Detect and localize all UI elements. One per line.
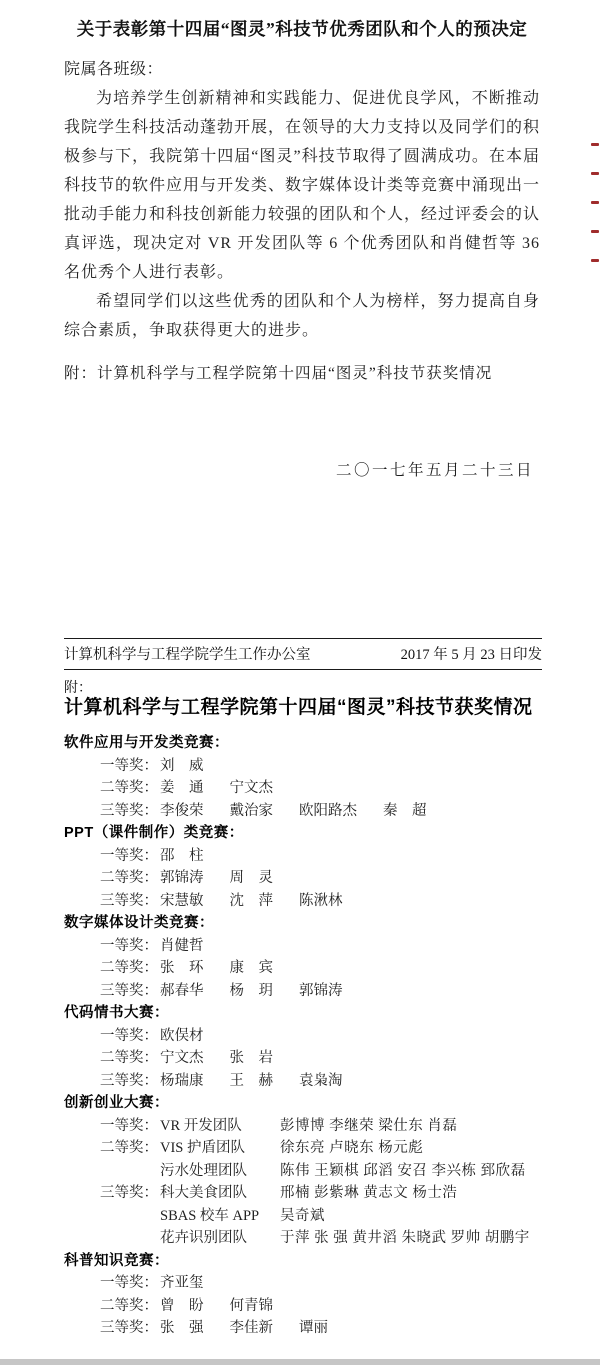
winner-name: 齐亚玺 [160, 1272, 204, 1295]
award-row: 二等奖：张 环康 宾 [64, 957, 550, 980]
award-row: 二等奖：曾 盼何青锦 [64, 1295, 550, 1318]
winner-name: 宋慧敏 [160, 890, 204, 913]
winner-name: 张 环 [160, 957, 204, 980]
team-name: VIS 护盾团队 [160, 1137, 280, 1160]
award-section: 代码情书大赛：一等奖：欧俣材二等奖：宁文杰张 岩三等奖：杨瑞康王 赫袁枭淘 [64, 1002, 550, 1092]
award-section: PPT（课件制作）类竞赛：一等奖：邵 柱二等奖：郭锦涛周 灵三等奖：宋慧敏沈 萍… [64, 822, 550, 912]
winner-name: 沈 萍 [230, 890, 274, 913]
winner-name: 姜 通 [160, 777, 204, 800]
member-names: 徐东亮 卢晓东 杨元彪 [280, 1137, 423, 1160]
member-names: 邢楠 彭紫琳 黄志文 杨士浩 [280, 1182, 457, 1205]
page-bottom-edge [0, 1359, 600, 1365]
winner-name: 郭锦涛 [299, 980, 343, 1003]
award-row: 二等奖：VIS 护盾团队徐东亮 卢晓东 杨元彪 [64, 1137, 550, 1160]
letter-paragraph-2: 希望同学们以这些优秀的团队和个人为榜样，努力提高自身综合素质，争取获得更大的进步… [64, 287, 540, 345]
award-row: 二等奖：郭锦涛周 灵 [64, 867, 550, 890]
salutation: 院属各班级： [64, 55, 540, 84]
award-rank-label: 三等奖： [100, 800, 160, 823]
team-name: 污水处理团队 [160, 1160, 280, 1183]
award-section: 创新创业大赛：一等奖：VR 开发团队彭博博 李继荣 梁仕东 肖磊二等奖：VIS … [64, 1092, 550, 1250]
award-rank-label: 二等奖： [100, 1047, 160, 1070]
red-margin-mark [591, 230, 599, 233]
award-section: 科普知识竞赛：一等奖：齐亚玺二等奖：曾 盼何青锦三等奖：张 强李佳新谭丽 [64, 1250, 550, 1340]
award-rank-label: 一等奖： [100, 935, 160, 958]
red-margin-mark [591, 201, 599, 204]
member-names: 陈伟 王颖棋 邱滔 安召 李兴栋 郅欣磊 [280, 1160, 526, 1183]
award-rank-label: 一等奖： [100, 1025, 160, 1048]
award-row: 三等奖：郝春华杨 玥郭锦涛 [64, 980, 550, 1003]
award-rank-label: 三等奖： [100, 980, 160, 1003]
award-row: 一等奖：邵 柱 [64, 845, 550, 868]
team-name: SBAS 校车 APP [160, 1205, 280, 1228]
award-rank-label: 二等奖： [100, 867, 160, 890]
winner-name: 宁文杰 [160, 1047, 204, 1070]
award-rank-label: 三等奖： [100, 1317, 160, 1340]
winner-name: 陈湫林 [299, 890, 343, 913]
section-title: 数字媒体设计类竞赛： [64, 912, 550, 935]
award-row: 一等奖：刘 威 [64, 755, 550, 778]
document-page: 关于表彰第十四届“图灵”科技节优秀团队和个人的预决定 院属各班级： 为培养学生创… [0, 0, 600, 1365]
award-rank-label: 一等奖： [100, 845, 160, 868]
winner-name: 曾 盼 [160, 1295, 204, 1318]
section-title: 创新创业大赛： [64, 1092, 550, 1115]
winner-name: 宁文杰 [230, 777, 274, 800]
award-row: 花卉识别团队于萍 张 强 黄井滔 朱晓武 罗帅 胡鹏宇 [64, 1227, 550, 1250]
winner-name: 郭锦涛 [160, 867, 204, 890]
team-name: 花卉识别团队 [160, 1227, 280, 1250]
letter-paragraph-1: 为培养学生创新精神和实践能力、促进优良学风，不断推动我院学生科技活动蓬勃开展，在… [64, 84, 540, 287]
award-row: 一等奖：欧俣材 [64, 1025, 550, 1048]
winner-name: 杨瑞康 [160, 1070, 204, 1093]
award-row: 二等奖：宁文杰张 岩 [64, 1047, 550, 1070]
award-rank-label: 二等奖： [100, 1295, 160, 1318]
member-names: 彭博博 李继荣 梁仕东 肖磊 [280, 1115, 457, 1138]
award-rank-label: 一等奖： [100, 755, 160, 778]
winner-name: 刘 威 [160, 755, 204, 778]
award-section: 数字媒体设计类竞赛：一等奖：肖健哲二等奖：张 环康 宾三等奖：郝春华杨 玥郭锦涛 [64, 912, 550, 1002]
issuer-office: 计算机科学与工程学院学生工作办公室 [64, 643, 311, 664]
award-row: 三等奖：张 强李佳新谭丽 [64, 1317, 550, 1340]
attachment-note: 附：计算机科学与工程学院第十四届“图灵”科技节获奖情况 [64, 359, 540, 388]
winner-name: 李俊荣 [160, 800, 204, 823]
member-names: 吴奇斌 [280, 1205, 325, 1228]
winner-name: 谭丽 [299, 1317, 328, 1340]
winner-name: 欧阳路杰 [299, 800, 357, 823]
colophon-row: 计算机科学与工程学院学生工作办公室 2017 年 5 月 23 日印发 [64, 639, 542, 669]
award-section: 软件应用与开发类竞赛：一等奖：刘 威二等奖：姜 通宁文杰三等奖：李俊荣戴治家欧阳… [64, 732, 550, 822]
award-row: 一等奖：肖健哲 [64, 935, 550, 958]
red-margin-mark [591, 259, 599, 262]
winner-name: 张 强 [160, 1317, 204, 1340]
award-row: 污水处理团队陈伟 王颖棋 邱滔 安召 李兴栋 郅欣磊 [64, 1160, 550, 1183]
award-rank-label: 二等奖： [100, 957, 160, 980]
award-rank-label: 一等奖： [100, 1115, 160, 1138]
print-date: 2017 年 5 月 23 日印发 [401, 643, 542, 664]
winner-name: 邵 柱 [160, 845, 204, 868]
award-row: 三等奖：杨瑞康王 赫袁枭淘 [64, 1070, 550, 1093]
award-row: 一等奖：齐亚玺 [64, 1272, 550, 1295]
award-rank-label: 一等奖： [100, 1272, 160, 1295]
winner-name: 欧俣材 [160, 1025, 204, 1048]
divider-line-bottom [64, 669, 542, 670]
award-row: 三等奖：科大美食团队邢楠 彭紫琳 黄志文 杨士浩 [64, 1182, 550, 1205]
colophon: 计算机科学与工程学院学生工作办公室 2017 年 5 月 23 日印发 附： [64, 638, 542, 697]
winner-name: 郝春华 [160, 980, 204, 1003]
winner-name: 王 赫 [230, 1070, 274, 1093]
team-name: VR 开发团队 [160, 1115, 280, 1138]
red-margin-mark [591, 143, 599, 146]
letter-section: 关于表彰第十四届“图灵”科技节优秀团队和个人的预决定 院属各班级： 为培养学生创… [64, 0, 540, 480]
section-title: PPT（课件制作）类竞赛： [64, 822, 550, 845]
award-rank-label: 三等奖： [100, 1070, 160, 1093]
award-row: 三等奖：李俊荣戴治家欧阳路杰秦 超 [64, 800, 550, 823]
section-title: 软件应用与开发类竞赛： [64, 732, 550, 755]
award-rank-label: 二等奖： [100, 777, 160, 800]
winner-name: 周 灵 [230, 867, 274, 890]
award-rank-label: 三等奖： [100, 890, 160, 913]
award-row: SBAS 校车 APP吴奇斌 [64, 1205, 550, 1228]
award-rank-label: 二等奖： [100, 1137, 160, 1160]
award-row: 一等奖：VR 开发团队彭博博 李继荣 梁仕东 肖磊 [64, 1115, 550, 1138]
winner-name: 秦 超 [383, 800, 427, 823]
award-row: 二等奖：姜 通宁文杰 [64, 777, 550, 800]
member-names: 于萍 张 强 黄井滔 朱晓武 罗帅 胡鹏宇 [280, 1227, 530, 1250]
award-attachment: 计算机科学与工程学院第十四届“图灵”科技节获奖情况 软件应用与开发类竞赛：一等奖… [64, 692, 550, 1340]
award-sections: 软件应用与开发类竞赛：一等奖：刘 威二等奖：姜 通宁文杰三等奖：李俊荣戴治家欧阳… [64, 732, 550, 1340]
letter-title: 关于表彰第十四届“图灵”科技节优秀团队和个人的预决定 [64, 16, 540, 41]
winner-name: 杨 玥 [230, 980, 274, 1003]
winner-name: 何青锦 [230, 1295, 274, 1318]
attachment-heading: 计算机科学与工程学院第十四届“图灵”科技节获奖情况 [64, 692, 550, 719]
red-margin-mark [591, 172, 599, 175]
winner-name: 肖健哲 [160, 935, 204, 958]
winner-name: 李佳新 [230, 1317, 274, 1340]
team-name: 科大美食团队 [160, 1182, 280, 1205]
section-title: 代码情书大赛： [64, 1002, 550, 1025]
section-title: 科普知识竞赛： [64, 1250, 550, 1273]
letter-date: 二〇一七年五月二十三日 [64, 458, 534, 480]
winner-name: 袁枭淘 [299, 1070, 343, 1093]
winner-name: 戴治家 [230, 800, 274, 823]
award-rank-label: 三等奖： [100, 1182, 160, 1205]
winner-name: 康 宾 [230, 957, 274, 980]
award-row: 三等奖：宋慧敏沈 萍陈湫林 [64, 890, 550, 913]
winner-name: 张 岩 [230, 1047, 274, 1070]
